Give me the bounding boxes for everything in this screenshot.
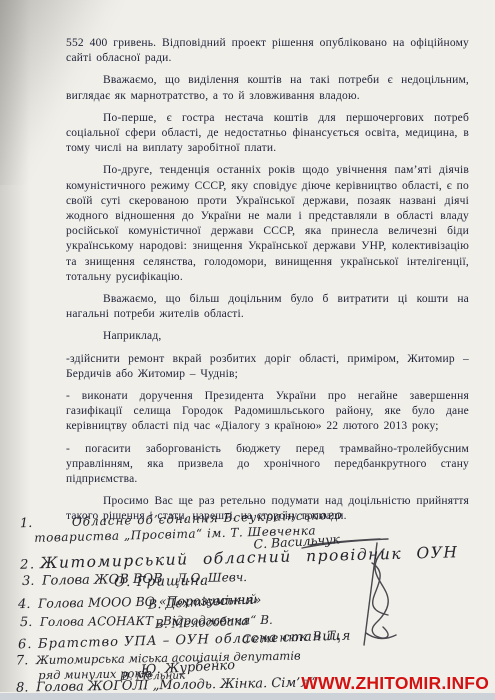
signature-number: 7. <box>16 653 36 668</box>
list-item: - виконати доручення Президента України … <box>66 389 469 435</box>
signature-number: 1. <box>20 516 40 532</box>
paragraph: Наприклад, <box>66 329 469 344</box>
list-item: -здійснити ремонт вкрай розбитих доріг о… <box>66 352 469 382</box>
paragraph: Вважаємо, що виділення коштів на такі по… <box>66 73 469 103</box>
paragraph: По-друге, тенденція останніх років щодо … <box>66 163 469 285</box>
signature-number: 5. <box>20 615 40 630</box>
signature-name: В. Мелособака <box>155 614 249 631</box>
signature-number: 2. <box>20 557 40 573</box>
signature-name: О. Грищина <box>114 573 209 591</box>
paragraph: Вважаємо, що більш доцільним було б витр… <box>66 292 469 322</box>
signature-row-5: 5.Голова АСОНАКТ „Відродження“ В. В. Мел… <box>20 613 273 630</box>
signature-row-4: 4.Голова МООО ВО «Порозуміння» В. Дехтіє… <box>18 592 262 612</box>
scanned-page: 552 400 гривень. Відповідний проект ріше… <box>0 0 495 700</box>
signature-number: 6. <box>18 637 38 653</box>
signature-row-2: 2.Житомирський обласний провідник ОУН <box>20 543 459 572</box>
typed-text: 552 400 гривень. Відповідний проект ріше… <box>66 36 469 532</box>
signature-row-6: 6.Братство УПА – ОУН обласна станиця Сем… <box>18 629 352 653</box>
signature-row-3: 3.Голова ЖОВ ВОВЛ.О. Шевч. О. Грищина <box>22 570 247 589</box>
signature-number: 4. <box>18 597 38 612</box>
paragraph: 552 400 гривень. Відповідний проект ріше… <box>66 36 469 66</box>
paragraph: По-перше, є гостра нестача коштів для пе… <box>66 111 469 157</box>
signature-row-1: 1.Обласне об’єднання Всеукраїнського тов… <box>20 508 344 545</box>
signature-number: 3. <box>22 574 42 589</box>
scan-bottom-edge <box>0 693 495 700</box>
watermark: WWW.ZHITOMIR.INFO <box>301 673 489 694</box>
handwritten-signatures: 1.Обласне об’єднання Всеукраїнського тов… <box>14 512 489 698</box>
signature-text: Житомирський обласний провідник ОУН <box>40 543 459 572</box>
list-item: - погасити заборгованість бюджету перед … <box>66 442 469 488</box>
signature-name: В. Мельник <box>122 670 186 683</box>
